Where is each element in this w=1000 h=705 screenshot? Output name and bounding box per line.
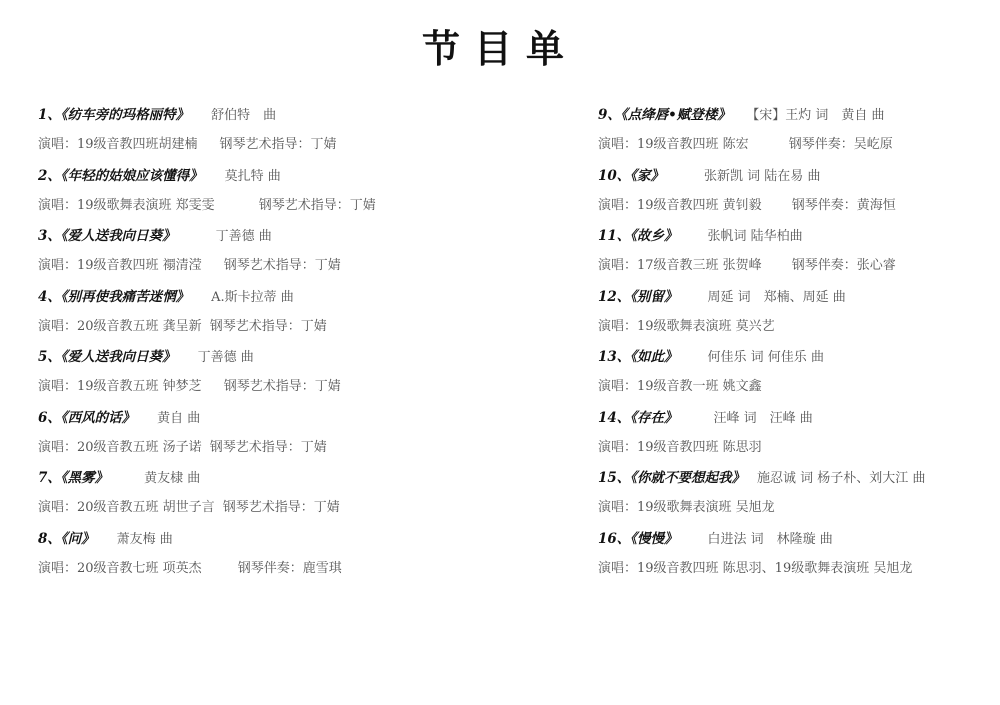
program-column-left: 1、《纺车旁的玛格丽特》舒伯特 曲 演唱：19级音教四班胡建楠钢琴艺术指导：丁婧… <box>38 100 558 584</box>
performer: 演唱：19级歌舞表演班 吴旭龙 <box>598 493 775 523</box>
piece-title: 15、《你就不要想起我》 <box>598 470 745 486</box>
accompanist: 钢琴艺术指导：丁婧 <box>259 191 376 221</box>
program-entry: 6、《西风的话》黄自 曲 演唱：20级音教五班 汤子诺钢琴艺术指导：丁婧 <box>38 403 558 464</box>
piece-title: 6、《西风的话》 <box>38 410 135 426</box>
accompanist: 钢琴艺术指导：丁婧 <box>224 251 341 281</box>
performer: 演唱：19级歌舞表演班 郑雯雯 <box>38 191 215 221</box>
composer-credits: 汪峰 词 汪峰 曲 <box>714 411 813 426</box>
piece-title: 7、《黑雾》 <box>38 470 108 486</box>
performer: 演唱：19级音教一班 姚文鑫 <box>598 372 762 402</box>
piece-title: 4、《别再使我痛苦迷惘》 <box>38 289 189 305</box>
piece-title: 12、《别留》 <box>598 289 678 305</box>
performer: 演唱：20级音教五班 胡世子言 <box>38 493 215 523</box>
composer-credits: 舒伯特 曲 <box>211 108 276 123</box>
performer: 演唱：19级音教五班 钟梦芝 <box>38 372 202 402</box>
piece-title: 1、《纺车旁的玛格丽特》 <box>38 107 189 123</box>
accompanist: 钢琴伴奏：张心睿 <box>792 251 896 281</box>
composer-credits: 何佳乐 词 何佳乐 曲 <box>708 350 824 365</box>
composer-credits: 施忍诚 词 杨子朴、刘大江 曲 <box>757 471 925 486</box>
composer-credits: 周延 词 郑楠、周延 曲 <box>708 290 846 305</box>
program-entry: 3、《爱人送我向日葵》丁善德 曲 演唱：19级音教四班 禤清滢钢琴艺术指导：丁婧 <box>38 221 558 282</box>
program-entry: 1、《纺车旁的玛格丽特》舒伯特 曲 演唱：19级音教四班胡建楠钢琴艺术指导：丁婧 <box>38 100 558 161</box>
performer: 演唱：19级音教四班 陈宏 <box>598 130 749 160</box>
program-entry: 5、《爱人送我向日葵》丁善德 曲 演唱：19级音教五班 钟梦芝钢琴艺术指导：丁婧 <box>38 342 558 403</box>
piece-title: 5、《爱人送我向日葵》 <box>38 349 176 365</box>
composer-credits: 张帆词 陆华柏曲 <box>708 229 803 244</box>
program-entry: 9、《点绛唇•赋登楼》【宋】王灼 词 黄自 曲 演唱：19级音教四班 陈宏钢琴伴… <box>598 100 998 161</box>
composer-credits: 黄自 曲 <box>157 411 200 426</box>
performer: 演唱：19级歌舞表演班 莫兴艺 <box>598 312 775 342</box>
performer: 演唱：19级音教四班 陈思羽、19级歌舞表演班 吴旭龙 <box>598 554 912 584</box>
composer-credits: 黄友棣 曲 <box>144 471 200 486</box>
composer-credits: 张新凯 词 陆在易 曲 <box>704 169 820 184</box>
piece-title: 3、《爱人送我向日葵》 <box>38 228 176 244</box>
performer: 演唱：19级音教四班胡建楠 <box>38 130 198 160</box>
accompanist: 钢琴艺术指导：丁婧 <box>223 493 340 523</box>
program-entry: 10、《家》张新凯 词 陆在易 曲 演唱：19级音教四班 黄钊毅钢琴伴奏：黄海恒 <box>598 161 998 222</box>
piece-title: 8、《问》 <box>38 531 95 547</box>
piece-title: 11、《故乡》 <box>598 228 678 244</box>
accompanist: 钢琴艺术指导：丁婧 <box>220 130 337 160</box>
program-entry: 13、《如此》何佳乐 词 何佳乐 曲 演唱：19级音教一班 姚文鑫 <box>598 342 998 403</box>
piece-title: 2、《年轻的姑娘应该懂得》 <box>38 168 203 184</box>
performer: 演唱：20级音教五班 汤子诺 <box>38 433 202 463</box>
piece-title: 9、《点绛唇•赋登楼》 <box>598 107 731 123</box>
program-entry: 8、《问》萧友梅 曲 演唱：20级音教七班 项英杰钢琴伴奏：鹿雪琪 <box>38 524 558 585</box>
performer: 演唱：19级音教四班 禤清滢 <box>38 251 202 281</box>
performer: 演唱：19级音教四班 陈思羽 <box>598 433 762 463</box>
composer-credits: 萧友梅 曲 <box>117 532 173 547</box>
accompanist: 钢琴伴奏：鹿雪琪 <box>238 554 342 584</box>
page-title: 节目单 <box>0 18 1000 73</box>
program-column-right: 9、《点绛唇•赋登楼》【宋】王灼 词 黄自 曲 演唱：19级音教四班 陈宏钢琴伴… <box>598 100 998 584</box>
accompanist: 钢琴艺术指导：丁婧 <box>210 433 327 463</box>
accompanist: 钢琴伴奏：吴屹原 <box>789 130 893 160</box>
accompanist: 钢琴艺术指导：丁婧 <box>224 372 341 402</box>
program-entry: 12、《别留》周延 词 郑楠、周延 曲 演唱：19级歌舞表演班 莫兴艺 <box>598 282 998 343</box>
performer: 演唱：20级音教五班 龚呈新 <box>38 312 202 342</box>
piece-title: 16、《慢慢》 <box>598 531 678 547</box>
program-entry: 11、《故乡》张帆词 陆华柏曲 演唱：17级音教三班 张贺峰钢琴伴奏：张心睿 <box>598 221 998 282</box>
program-entry: 4、《别再使我痛苦迷惘》A.斯卡拉蒂 曲 演唱：20级音教五班 龚呈新钢琴艺术指… <box>38 282 558 343</box>
accompanist: 钢琴伴奏：黄海恒 <box>792 191 896 221</box>
piece-title: 10、《家》 <box>598 168 664 184</box>
composer-credits: 莫扎特 曲 <box>225 169 281 184</box>
composer-credits: 丁善德 曲 <box>198 350 254 365</box>
piece-title: 14、《存在》 <box>598 410 678 426</box>
composer-credits: 【宋】王灼 词 黄自 曲 <box>753 108 885 123</box>
composer-credits: A.斯卡拉蒂 曲 <box>211 290 294 305</box>
performer: 演唱：19级音教四班 黄钊毅 <box>598 191 762 221</box>
program-entry: 14、《存在》汪峰 词 汪峰 曲 演唱：19级音教四班 陈思羽 <box>598 403 998 464</box>
accompanist: 钢琴艺术指导：丁婧 <box>210 312 327 342</box>
piece-title: 13、《如此》 <box>598 349 678 365</box>
composer-credits: 丁善德 曲 <box>216 229 272 244</box>
composer-credits: 白进法 词 林隆璇 曲 <box>708 532 833 547</box>
performer: 演唱：17级音教三班 张贺峰 <box>598 251 762 281</box>
program-entry: 15、《你就不要想起我》施忍诚 词 杨子朴、刘大江 曲 演唱：19级歌舞表演班 … <box>598 463 998 524</box>
program-entry: 2、《年轻的姑娘应该懂得》莫扎特 曲 演唱：19级歌舞表演班 郑雯雯钢琴艺术指导… <box>38 161 558 222</box>
program-entry: 16、《慢慢》白进法 词 林隆璇 曲 演唱：19级音教四班 陈思羽、19级歌舞表… <box>598 524 998 585</box>
performer: 演唱：20级音教七班 项英杰 <box>38 554 202 584</box>
program-entry: 7、《黑雾》黄友棣 曲 演唱：20级音教五班 胡世子言钢琴艺术指导：丁婧 <box>38 463 558 524</box>
